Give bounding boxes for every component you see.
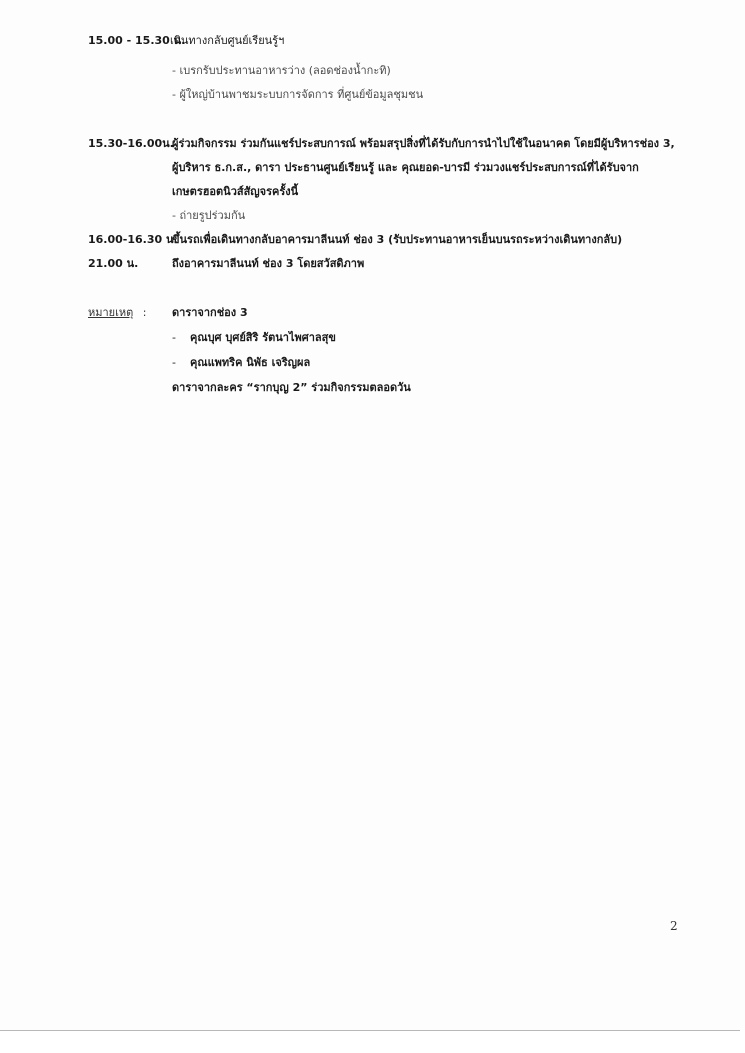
cast-member: คุณแพทริค นิพัธ เจริญผล (190, 356, 310, 370)
note-label: หมายเหตุ : (88, 306, 147, 320)
cast-member: คุณบุศ บุศย์สิริ รัตนาไพศาลสุข (190, 331, 336, 345)
schedule-sub-item: - ผู้ใหญ่บ้านพาชมระบบการจัดการ ที่ศูนย์ข… (172, 88, 423, 102)
schedule-time: 21.00 น. (88, 257, 138, 271)
document-page: 15.00 - 15.30 น. เดินทางกลับศูนย์เรียนรู… (0, 0, 745, 1030)
schedule-description-continued: เกษตรฮอตนิวส์สัญจรครั้งนี้ (172, 185, 298, 199)
schedule-sub-item: - เบรกรับประทานอาหารว่าง (ลอดช่องน้ำกะทิ… (172, 64, 391, 78)
note-label-colon: : (143, 306, 147, 319)
schedule-time: 15.30-16.00น. (88, 137, 174, 151)
schedule-description: เดินทางกลับศูนย์เรียนรู้ฯ (170, 34, 284, 48)
scan-background (0, 1031, 745, 1053)
page-number: 2 (670, 919, 678, 933)
schedule-description-continued: ผู้บริหาร ธ.ก.ส., ดารา ประธานศูนย์เรียนร… (172, 161, 639, 175)
note-heading: ดาราจากช่อง 3 (172, 306, 248, 320)
schedule-sub-item: - ถ่ายรูปร่วมกัน (172, 209, 245, 223)
list-dash: - (172, 356, 176, 370)
schedule-description: ขึ้นรถเพื่อเดินทางกลับอาคารมาลีนนท์ ช่อง… (172, 233, 622, 247)
note-label-text: หมายเหตุ (88, 306, 133, 319)
schedule-time: 16.00-16.30 น. (88, 233, 178, 247)
note-footer: ดาราจากละคร “รากบุญ 2” ร่วมกิจกรรมตลอดวั… (172, 381, 411, 395)
schedule-description: ถึงอาคารมาลีนนท์ ช่อง 3 โดยสวัสดิภาพ (172, 257, 364, 271)
list-dash: - (172, 331, 176, 345)
schedule-description: ผู้ร่วมกิจกรรม ร่วมกันแชร์ประสบการณ์ พร้… (172, 137, 675, 151)
